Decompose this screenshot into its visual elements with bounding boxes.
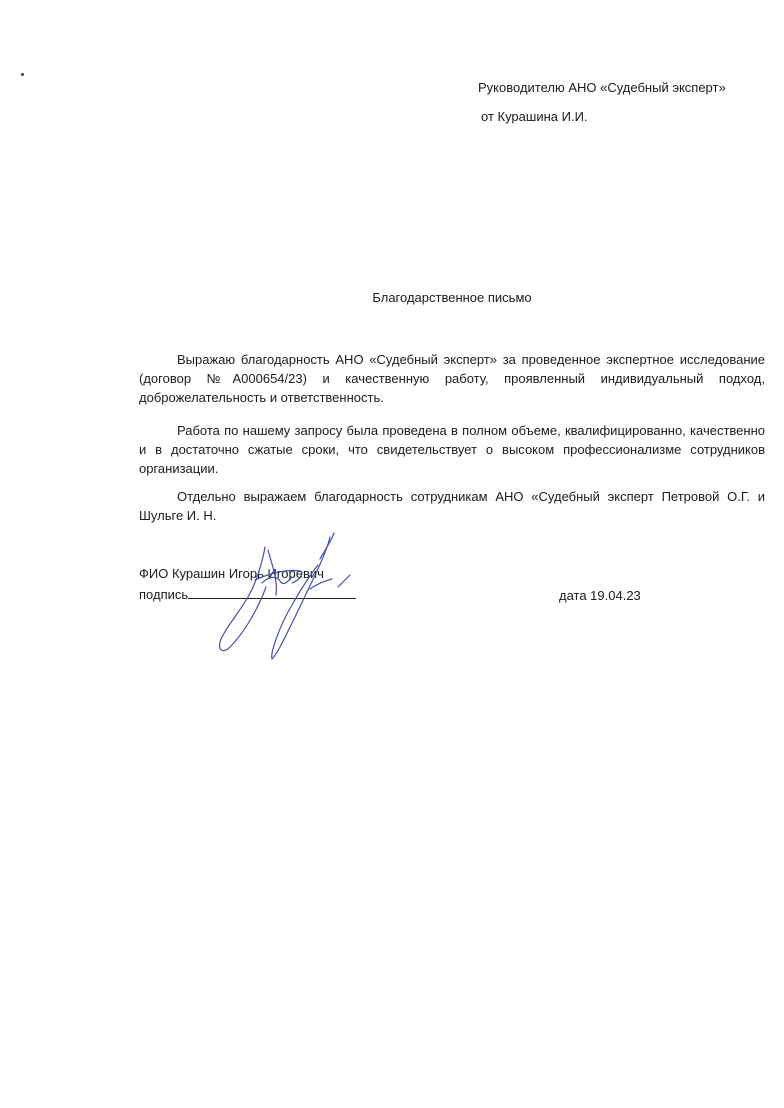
paragraph-work-quality: Работа по нашему запросу была проведена … xyxy=(139,421,765,478)
signature-label: подпись xyxy=(139,587,188,602)
letter-title: Благодарственное письмо xyxy=(0,290,784,306)
addressee-line: Руководителю АНО «Судебный эксперт» xyxy=(478,80,726,96)
scan-speck xyxy=(21,73,24,76)
sender-line: от Курашина И.И. xyxy=(481,109,588,125)
letter-page: Руководителю АНО «Судебный эксперт» от К… xyxy=(0,0,784,1108)
handwritten-signature-icon xyxy=(200,525,360,665)
date-line: дата 19.04.23 xyxy=(559,588,641,604)
paragraph-gratitude: Выражаю благодарность АНО «Судебный эксп… xyxy=(139,350,765,407)
paragraph-staff-thanks: Отдельно выражаем благодарность сотрудни… xyxy=(139,487,765,525)
